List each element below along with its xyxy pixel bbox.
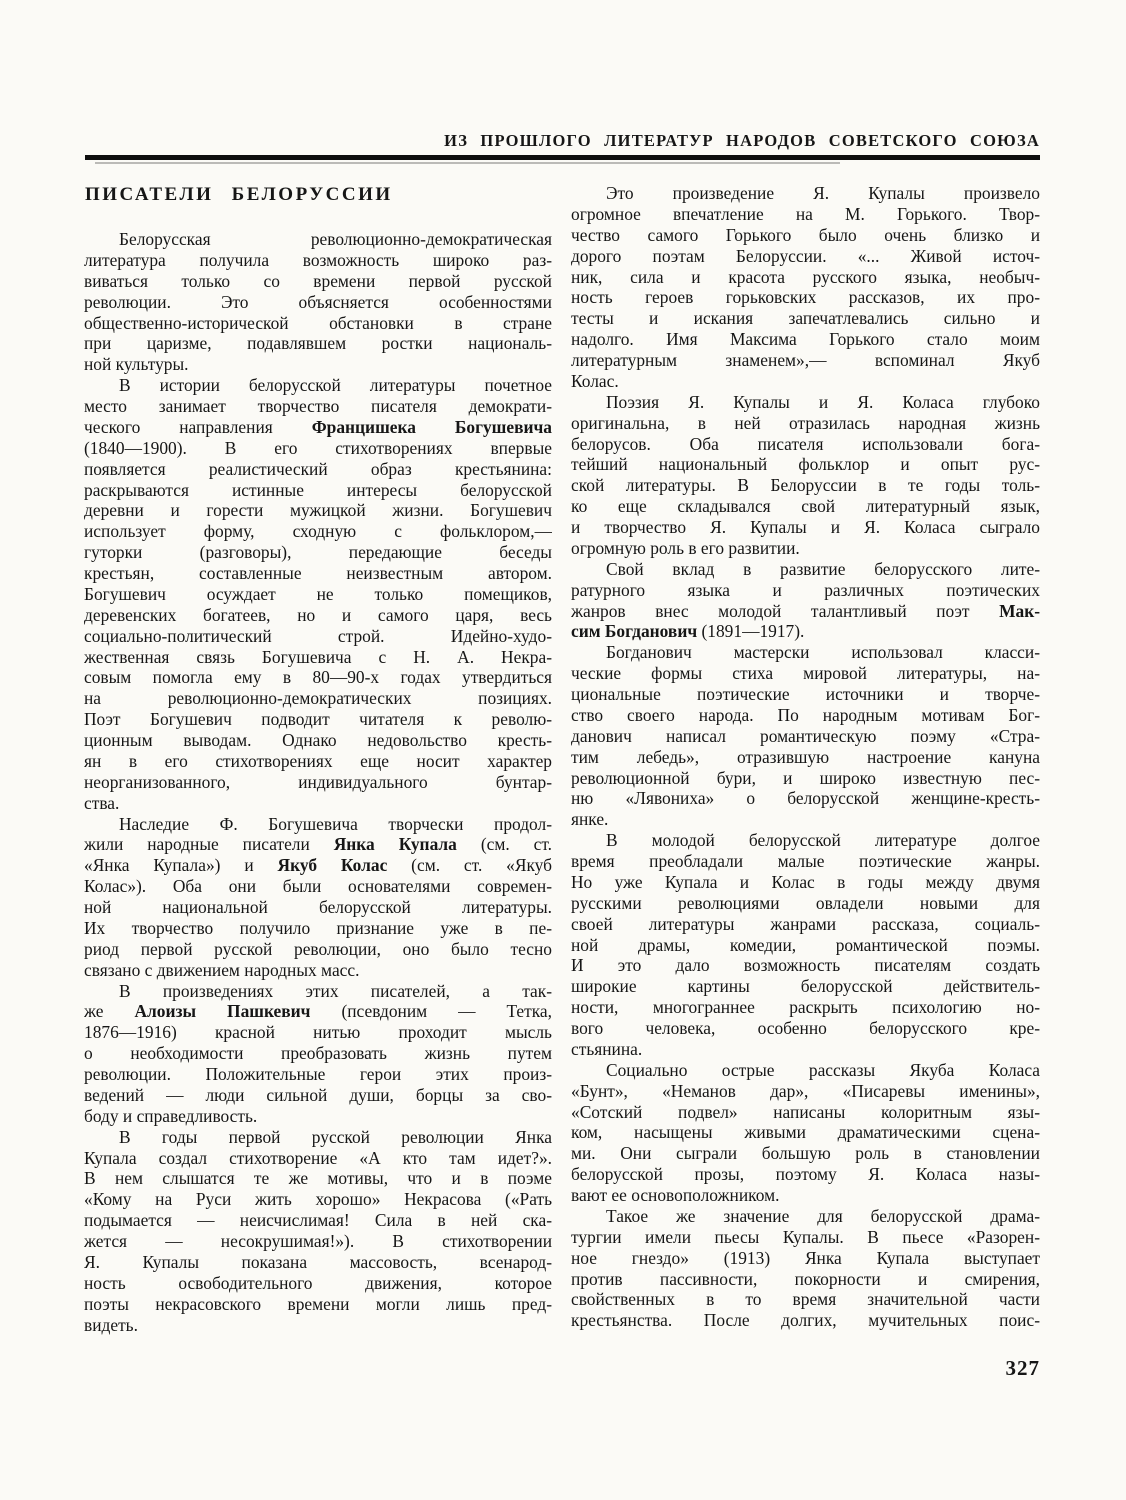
paragraph: Социально острые рассказы Якуба Коласа«Б… (571, 1060, 1040, 1206)
paragraph: В произведениях этих писателей, а так-же… (84, 981, 552, 1127)
text-line: ратурного языка и различных поэтических (571, 580, 1040, 601)
text-line: использует форму, сходную с фольклором,— (84, 521, 552, 542)
text-line: ко еще складывался свой литературный язы… (571, 496, 1040, 517)
text-line: Я. Купалы показана массовость, всенарод- (84, 1252, 552, 1273)
text-line: ми. Они сыграли большую роль в становлен… (571, 1143, 1040, 1164)
text-line: Богушевич осуждает не только помещиков, (84, 584, 552, 605)
text-line: тесты и искания запечатлевались сильно и (571, 308, 1040, 329)
text-line: время преобладали малые поэтические жанр… (571, 851, 1040, 872)
text-line: вого человека, особенно белорусского кре… (571, 1018, 1040, 1039)
running-head: ИЗ ПРОШЛОГО ЛИТЕРАТУР НАРОДОВ СОВЕТСКОГО… (85, 131, 1040, 151)
text-line: виваться только со времени первой русско… (84, 271, 552, 292)
text-line: Поэт Богушевич подводит читателя к револ… (84, 709, 552, 730)
text-line: общественно-исторической обстановки в ст… (84, 313, 552, 334)
text-line: В произведениях этих писателей, а так- (84, 981, 552, 1002)
text-line: жется — несокрушимая!»). В стихотворении (84, 1231, 552, 1252)
text-line: ской литературы. В Белоруссии в те годы … (571, 475, 1040, 496)
text-line: и творчество Я. Купалы и Я. Коласа сыгра… (571, 517, 1040, 538)
text-line: 1876—1916) красной нитью проходит мысль (84, 1022, 552, 1043)
text-line: при царизме, подавлявшем ростки национал… (84, 333, 552, 354)
text-line: революции. Это объясняется особенностями (84, 292, 552, 313)
text-line: крестьян, составленные неизвестным автор… (84, 563, 552, 584)
text-line: широкие картины белорусской действитель- (571, 976, 1040, 997)
text-line: оригинальна, в ней отразилась народная ж… (571, 413, 1040, 434)
text-line: ционным выводам. Однако недовольство кре… (84, 730, 552, 751)
text-line: ной драмы, комедии, романтической поэмы. (571, 935, 1040, 956)
text-line: Свой вклад в развитие белорусского лите- (571, 559, 1040, 580)
text-line: Колас»). Оба они были основателями совре… (84, 876, 552, 897)
text-line: свойственных в то время значительной час… (571, 1289, 1040, 1310)
text-line: Наследие Ф. Богушевича творчески продол- (84, 814, 552, 835)
paragraph: Свой вклад в развитие белорусского лите-… (571, 559, 1040, 643)
text-line: (1840—1900). В его стихотворениях впервы… (84, 438, 552, 459)
right-column: Это произведение Я. Купалы произвелоогро… (571, 183, 1040, 1331)
text-line: жили народные писатели Янка Купала (см. … (84, 834, 552, 855)
text-line: данович написал романтическую поэму «Стр… (571, 726, 1040, 747)
text-line: В нем слышатся те же мотивы, что и в поэ… (84, 1168, 552, 1189)
text-line: тургии имели пьесы Купалы. В пьесе «Разо… (571, 1227, 1040, 1248)
text-line: ности, многограннее раскрыть психологию … (571, 997, 1040, 1018)
header-rule (85, 155, 1040, 160)
text-line: против пассивности, покорности и смирени… (571, 1269, 1040, 1290)
paragraph: Белорусская революционно-демократическая… (84, 229, 552, 375)
text-line: раскрываются истинные интересы белорусск… (84, 480, 552, 501)
text-line: социально-политический строй. Идейно-худ… (84, 626, 552, 647)
text-line: же Алоизы Пашкевич (псевдоним — Тетка, (84, 1001, 552, 1022)
text-line: циональные поэтические источники и творч… (571, 684, 1040, 705)
paragraph: В истории белорусской литературы почетно… (84, 375, 552, 813)
text-line: ность героев горьковских рассказов, их п… (571, 287, 1040, 308)
text-line: ведений — люди сильной души, борцы за св… (84, 1085, 552, 1106)
text-line: «Бунт», «Неманов дар», «Писаревы именины… (571, 1081, 1040, 1102)
text-line: сим Богданович (1891—1917). (571, 621, 1040, 642)
text-line: «Янка Купала») и Якуб Колас (см. ст. «Як… (84, 855, 552, 876)
section-title: ПИСАТЕЛИ БЕЛОРУССИИ (85, 184, 393, 206)
text-line: видеть. (84, 1315, 552, 1336)
text-line: Белорусская революционно-демократическая (84, 229, 552, 250)
text-line: на революционно-демократических позициях… (84, 688, 552, 709)
text-line: огромную роль в его развитии. (571, 538, 1040, 559)
text-line: Социально острые рассказы Якуба Коласа (571, 1060, 1040, 1081)
text-line: деревенских богатеев, но и самого царя, … (84, 605, 552, 626)
text-line: ство своего народа. По народным мотивам … (571, 705, 1040, 726)
text-line: ком, насыщены живыми драматическими сцен… (571, 1122, 1040, 1143)
text-line: огромное впечатление на М. Горького. Тво… (571, 204, 1040, 225)
left-column: Белорусская революционно-демократическая… (84, 229, 552, 1335)
text-line: тим лебедь», отразившую настроение канун… (571, 747, 1040, 768)
text-line: ческого направления Францишека Богушевич… (84, 417, 552, 438)
text-line: ность освободительного движения, которое (84, 1273, 552, 1294)
paragraph: Поэзия Я. Купалы и Я. Коласа глубокоориг… (571, 392, 1040, 559)
text-line: Богданович мастерски использовал класси- (571, 642, 1040, 663)
text-line: революции. Положительные герои этих прои… (84, 1064, 552, 1085)
text-line: «Кому на Руси жить хорошо» Некрасова («Р… (84, 1189, 552, 1210)
text-line: место занимает творчество писателя демок… (84, 396, 552, 417)
text-line: «Сотский подвел» написаны колоритным язы… (571, 1102, 1040, 1123)
text-line: гуторки (разговоры), передающие беседы (84, 542, 552, 563)
text-line: неорганизованного, индивидуального бунта… (84, 772, 552, 793)
paragraph: Богданович мастерски использовал класси-… (571, 642, 1040, 830)
text-line: белорусов. Оба писателя использовали бог… (571, 434, 1040, 455)
text-line: Их творчество получило признание уже в п… (84, 918, 552, 939)
paragraph: В молодой белорусской литературе долгоев… (571, 830, 1040, 1060)
text-line: И это дало возможность писателям создать (571, 955, 1040, 976)
text-line: Но уже Купала и Колас в годы между двумя (571, 872, 1040, 893)
text-line: янке. (571, 809, 1040, 830)
text-line: стьянина. (571, 1039, 1040, 1060)
text-line: революционной бури, и широко известную п… (571, 768, 1040, 789)
text-line: появляется реалистический образ крестьян… (84, 459, 552, 480)
text-line: своей литературы жанрами рассказа, социа… (571, 914, 1040, 935)
text-line: связано с движением народных масс. (84, 960, 552, 981)
text-line: литература получила возможность широко р… (84, 250, 552, 271)
text-line: вают ее основоположником. (571, 1185, 1040, 1206)
text-line: жественная связь Богушевича с Н. А. Некр… (84, 647, 552, 668)
text-line: поэты некрасовского времени могли лишь п… (84, 1294, 552, 1315)
text-line: Купала создал стихотворение «А кто там и… (84, 1148, 552, 1169)
text-line: Колас. (571, 371, 1040, 392)
text-line: ян в его стихотворениях еще носит характ… (84, 751, 552, 772)
text-line: ной национальной белорусской литературы. (84, 897, 552, 918)
text-line: подымается — неисчислимая! Сила в ней ск… (84, 1210, 552, 1231)
text-line: тейший национальный фольклор и опыт рус- (571, 454, 1040, 475)
text-line: деревни и горести мужицкой жизни. Богуше… (84, 500, 552, 521)
text-line: ник, сила и красота русского языка, необ… (571, 267, 1040, 288)
text-line: ной культуры. (84, 354, 552, 375)
text-line: о необходимости преобразовать жизнь путе… (84, 1043, 552, 1064)
text-line: дорого поэтам Белоруссии. «... Живой ист… (571, 246, 1040, 267)
text-line: Поэзия Я. Купалы и Я. Коласа глубоко (571, 392, 1040, 413)
book-page: ИЗ ПРОШЛОГО ЛИТЕРАТУР НАРОДОВ СОВЕТСКОГО… (0, 0, 1126, 1500)
text-line: надолго. Имя Максима Горького стало моим (571, 329, 1040, 350)
text-line: риод первой русской революции, оно было … (84, 939, 552, 960)
text-line: совым помогла ему в 80—90-х годах утверд… (84, 667, 552, 688)
paragraph: Наследие Ф. Богушевича творчески продол-… (84, 814, 552, 981)
text-line: Это произведение Я. Купалы произвело (571, 183, 1040, 204)
text-line: белорусской прозы, поэтому Я. Коласа наз… (571, 1164, 1040, 1185)
paragraph: Такое же значение для белорусской драма-… (571, 1206, 1040, 1331)
text-line: русскими революциями овладели новыми для (571, 893, 1040, 914)
text-line: жанров внес молодой талантливый поэт Мак… (571, 601, 1040, 622)
text-line: ное гнездо» (1913) Янка Купала выступает (571, 1248, 1040, 1269)
text-line: В истории белорусской литературы почетно… (84, 375, 552, 396)
text-line: ческие формы стиха мировой литературы, н… (571, 663, 1040, 684)
text-line: чество самого Горького было очень близко… (571, 225, 1040, 246)
paragraph: Это произведение Я. Купалы произвелоогро… (571, 183, 1040, 392)
page-number: 327 (85, 1356, 1040, 1381)
text-line: литературным знаменем»,— вспоминал Якуб (571, 350, 1040, 371)
paragraph: В годы первой русской революции ЯнкаКупа… (84, 1127, 552, 1336)
text-line: Такое же значение для белорусской драма- (571, 1206, 1040, 1227)
text-line: ства. (84, 793, 552, 814)
text-line: боду и справедливость. (84, 1106, 552, 1127)
text-line: В молодой белорусской литературе долгое (571, 830, 1040, 851)
text-line: ню «Лявониха» о белорусской женщине-крес… (571, 788, 1040, 809)
text-line: В годы первой русской революции Янка (84, 1127, 552, 1148)
text-line: крестьянства. После долгих, мучительных … (571, 1310, 1040, 1331)
